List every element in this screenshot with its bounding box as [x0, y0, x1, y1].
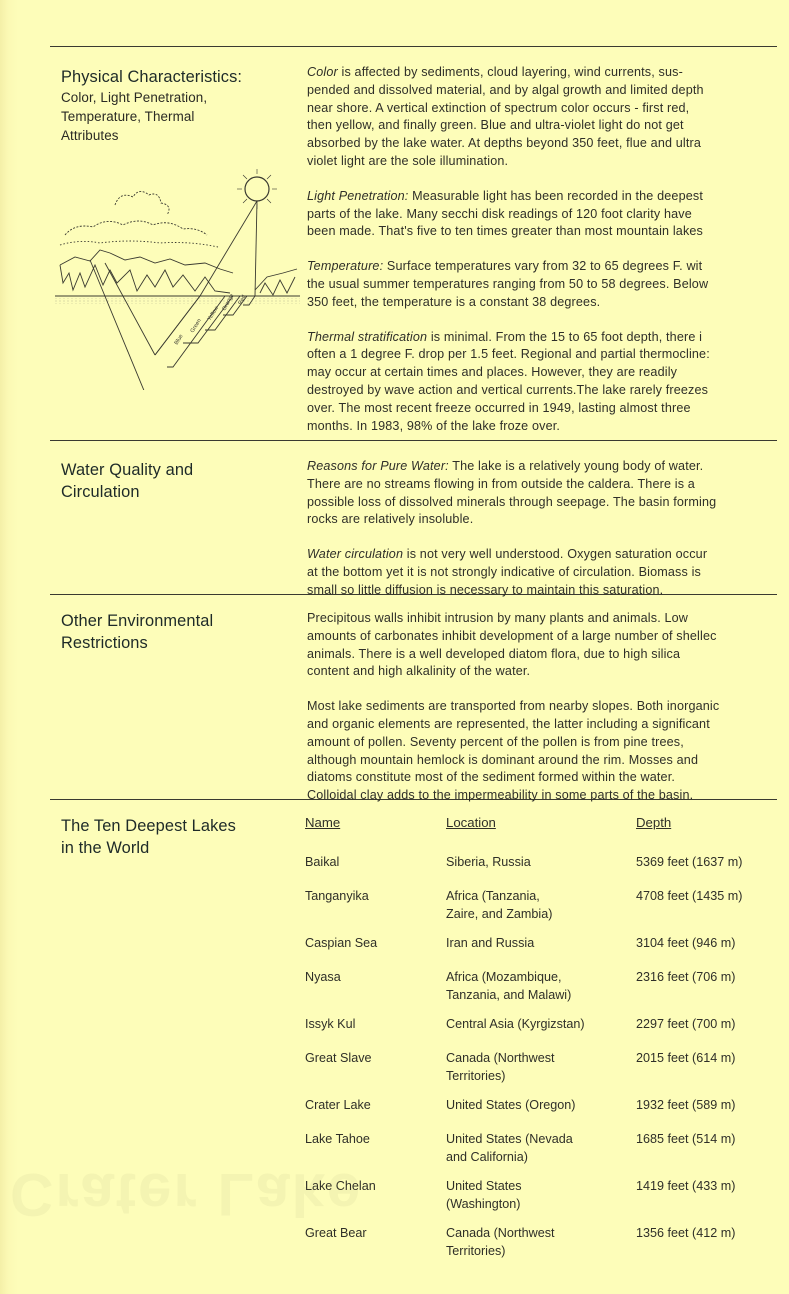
- svg-text:Green: Green: [190, 318, 203, 334]
- paragraph: Reasons for Pure Water: The lake is a re…: [307, 458, 782, 529]
- section-title-deepest-lakes: The Ten Deepest Lakes in the World: [61, 815, 286, 859]
- text-line: parts of the lake. Many secchi disk read…: [307, 206, 782, 224]
- svg-text:Yellow: Yellow: [207, 306, 220, 323]
- paragraph: Precipitous walls inhibit intrusion by m…: [307, 610, 782, 681]
- paragraph: Light Penetration: Measurable light has …: [307, 188, 782, 241]
- lake-name: Issyk Kul: [305, 1015, 355, 1033]
- lake-depth: 2015 feet (614 m): [636, 1049, 735, 1067]
- lake-location: Iran and Russia: [446, 934, 534, 952]
- section-divider: [50, 46, 777, 47]
- lake-depth: 3104 feet (946 m): [636, 934, 735, 952]
- text-line: months. In 1983, 98% of the lake froze o…: [307, 418, 782, 436]
- paragraph-lead: Thermal stratification: [307, 330, 427, 344]
- lake-location: Central Asia (Kyrgizstan): [446, 1015, 585, 1033]
- column-header-depth: Depth: [636, 815, 671, 830]
- paragraph-lead: Light Penetration:: [307, 189, 408, 203]
- text-line: Water circulation is not very well under…: [307, 546, 782, 564]
- lake-name: Great Slave: [305, 1049, 372, 1067]
- text-line: Thermal stratification is minimal. From …: [307, 329, 782, 347]
- lake-name: Caspian Sea: [305, 934, 377, 952]
- column-header-name: Name: [305, 815, 340, 830]
- text-line: There are no streams flowing in from out…: [307, 476, 782, 494]
- section-heading: Water Quality and: [61, 459, 286, 481]
- paragraph: Thermal stratification is minimal. From …: [307, 329, 782, 436]
- text-line: pended and dissolved material, and by al…: [307, 82, 782, 100]
- section-heading: Restrictions: [61, 632, 286, 654]
- text-line: Light Penetration: Measurable light has …: [307, 188, 782, 206]
- column-header-location: Location: [446, 815, 496, 830]
- physical-characteristics-text: Color is affected by sediments, cloud la…: [307, 64, 782, 452]
- text-line: amounts of carbonates inhibit developmen…: [307, 628, 782, 646]
- lake-name: Nyasa: [305, 968, 341, 986]
- text-line: small so little diffusion is necessary t…: [307, 582, 782, 600]
- lake-depth: 1419 feet (433 m): [636, 1177, 735, 1195]
- section-heading: Physical Characteristics:: [61, 66, 286, 88]
- bleed-through-text: Crater Lake: [10, 1160, 362, 1229]
- paragraph-lead: Reasons for Pure Water:: [307, 459, 449, 473]
- lake-depth: 2297 feet (700 m): [636, 1015, 735, 1033]
- paragraph-lead: Water circulation: [307, 547, 403, 561]
- text-line: Temperature: Surface temperatures vary f…: [307, 258, 782, 276]
- environmental-restrictions-text: Precipitous walls inhibit intrusion by m…: [307, 610, 782, 822]
- subtitle-line: Temperature, Thermal: [61, 107, 286, 126]
- svg-text:Blue: Blue: [174, 334, 185, 347]
- lake-name: Baikal: [305, 853, 339, 871]
- text-line: although mountain hemlock is dominant ar…: [307, 752, 782, 770]
- lake-location: Africa (Mozambique,Tanzania, and Malawi): [446, 968, 571, 1004]
- text-line: rocks are relatively insoluble.: [307, 511, 782, 529]
- text-line: absorbed by the lake water. At depths be…: [307, 135, 782, 153]
- lake-location: Siberia, Russia: [446, 853, 531, 871]
- text-line: animals. There is a well developed diato…: [307, 646, 782, 664]
- paragraph: Most lake sediments are transported from…: [307, 698, 782, 805]
- text-line: 350 feet, the temperature is a constant …: [307, 294, 782, 312]
- text-line: amount of pollen. Seventy percent of the…: [307, 734, 782, 752]
- section-title-water-quality: Water Quality and Circulation: [61, 459, 286, 503]
- text-line: content and high alkalinity of the water…: [307, 663, 782, 681]
- section-heading: Circulation: [61, 481, 286, 503]
- text-line: the usual summer temperatures ranging fr…: [307, 276, 782, 294]
- text-line: possible loss of dissolved minerals thro…: [307, 494, 782, 512]
- paragraph: Water circulation is not very well under…: [307, 546, 782, 599]
- lake-location: Africa (Tanzania,Zaire, and Zambia): [446, 887, 552, 923]
- lake-name: Lake Tahoe: [305, 1130, 370, 1148]
- paragraph: Color is affected by sediments, cloud la…: [307, 64, 782, 171]
- lake-location: United States (Oregon): [446, 1096, 576, 1114]
- section-title-environmental-restrictions: Other Environmental Restrictions: [61, 610, 286, 654]
- document-page: Physical Characteristics: Color, Light P…: [0, 0, 789, 1294]
- text-line: and organic elements are represented, th…: [307, 716, 782, 734]
- paragraph-lead: Color: [307, 65, 338, 79]
- section-heading: The Ten Deepest Lakes: [61, 815, 286, 837]
- text-line: been made. That's five to ten times grea…: [307, 223, 782, 241]
- lake-name: Crater Lake: [305, 1096, 371, 1114]
- paragraph-lead: Temperature:: [307, 259, 383, 273]
- text-line: Reasons for Pure Water: The lake is a re…: [307, 458, 782, 476]
- water-quality-text: Reasons for Pure Water: The lake is a re…: [307, 458, 782, 617]
- section-subtitle: Color, Light Penetration, Temperature, T…: [61, 88, 286, 145]
- light-spectrum-diagram-icon: Blue Green Yellow Orange Red: [55, 165, 300, 390]
- lake-depth: 1932 feet (589 m): [636, 1096, 735, 1114]
- subtitle-line: Color, Light Penetration,: [61, 88, 286, 107]
- text-line: Color is affected by sediments, cloud la…: [307, 64, 782, 82]
- lake-location: United States (Nevadaand California): [446, 1130, 573, 1166]
- text-line: Precipitous walls inhibit intrusion by m…: [307, 610, 782, 628]
- text-line: over. The most recent freeze occurred in…: [307, 400, 782, 418]
- section-title-physical: Physical Characteristics: Color, Light P…: [61, 66, 286, 145]
- text-line: at the bottom yet it is not strongly ind…: [307, 564, 782, 582]
- lake-location: Canada (NorthwestTerritories): [446, 1049, 555, 1085]
- lake-depth: 4708 feet (1435 m): [636, 887, 742, 905]
- text-line: Most lake sediments are transported from…: [307, 698, 782, 716]
- text-line: destroyed by wave action and vertical cu…: [307, 382, 782, 400]
- text-line: then yellow, and finally green. Blue and…: [307, 117, 782, 135]
- lake-depth: 2316 feet (706 m): [636, 968, 735, 986]
- lake-location: United States(Washington): [446, 1177, 522, 1213]
- text-line: may occur at certain times and places. H…: [307, 364, 782, 382]
- text-line: Colloidal clay adds to the impermeabilit…: [307, 787, 782, 805]
- section-heading: in the World: [61, 837, 286, 859]
- text-line: violet light are the sole illumination.: [307, 153, 782, 171]
- text-line: diatoms constitute most of the sediment …: [307, 769, 782, 787]
- paragraph: Temperature: Surface temperatures vary f…: [307, 258, 782, 311]
- subtitle-line: Attributes: [61, 126, 286, 145]
- text-line: often a 1 degree F. drop per 1.5 feet. R…: [307, 346, 782, 364]
- lake-depth: 5369 feet (1637 m): [636, 853, 742, 871]
- text-line: near shore. A vertical extinction of spe…: [307, 100, 782, 118]
- lake-location: Canada (NorthwestTerritories): [446, 1224, 555, 1260]
- section-heading: Other Environmental: [61, 610, 286, 632]
- lake-name: Tanganyika: [305, 887, 369, 905]
- lake-depth: 1356 feet (412 m): [636, 1224, 735, 1242]
- lake-depth: 1685 feet (514 m): [636, 1130, 735, 1148]
